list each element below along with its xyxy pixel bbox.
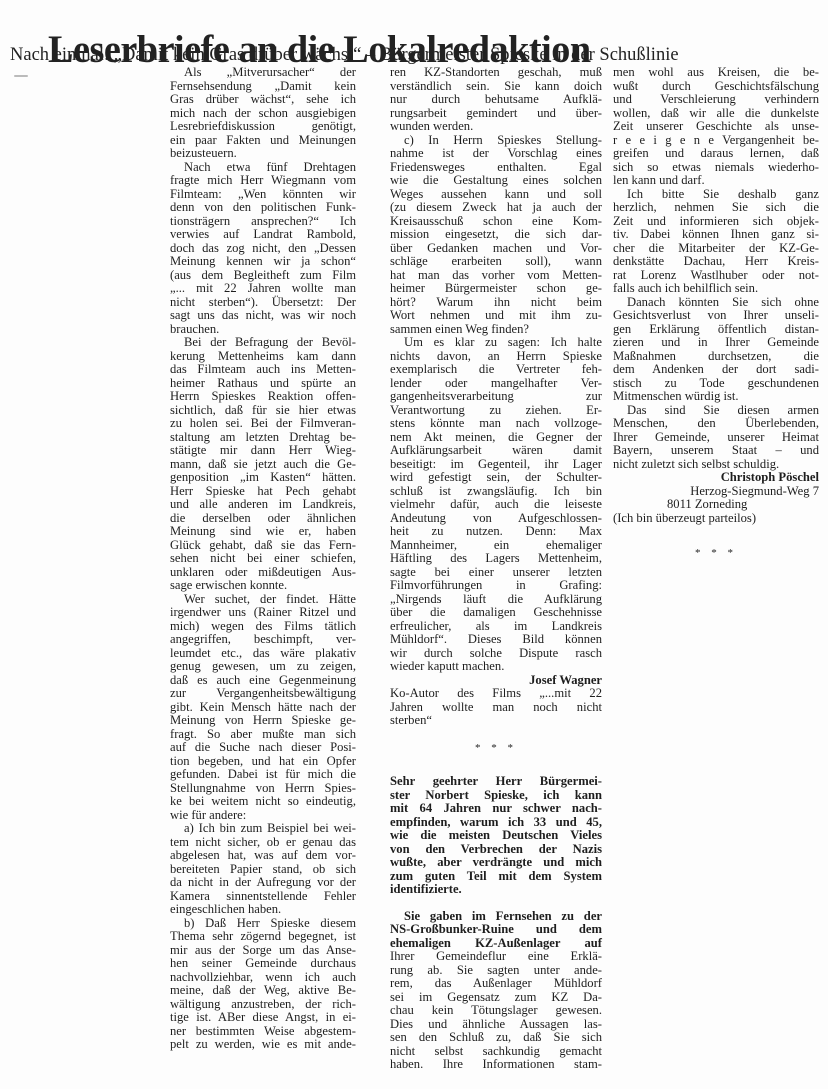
text-line: Nach etwa fünf Drehtagen	[170, 161, 356, 175]
text-line: wie die meisten Deutschen Vieles	[390, 829, 602, 843]
text-line: Mitmenschen würdig ist.	[613, 390, 819, 404]
text-line: sichtlich, daß für sie hier etwas	[170, 404, 356, 418]
text-line: staltung am letzten Drehtag be-	[170, 431, 356, 445]
text-line: von den Verbrechen der Nazis	[390, 843, 602, 857]
text-line: rat Lorenz Wastlhuber oder not-	[613, 269, 819, 283]
text-line: sei im Gegensatz zum KZ Da-	[390, 991, 602, 1005]
text-line: gen Erklärung öffentlich distan-	[613, 323, 819, 337]
text-line: rung ab. Sie sagten unter ande-	[390, 964, 602, 978]
text-line: (zu diesem Zweck hat ja auch der	[390, 201, 602, 215]
text-line: nicht selbst sachkundig gemacht	[390, 1045, 602, 1059]
text-line: Lesrebriefdiskussion genötigt,	[170, 120, 356, 134]
text-line: Zeit und informieren sich objek-	[613, 215, 819, 229]
address-street: Herzog-Siegmund-Weg 7	[613, 485, 819, 499]
text-line: stätigte mir dann Herr Wieg-	[170, 444, 356, 458]
text-line: Herr Spieske hat Pech gehabt	[170, 485, 356, 499]
text-line: beizusteuern.	[170, 147, 356, 161]
text-line: herzlich, nehmen Sie sich die	[613, 201, 819, 215]
column-2: ren KZ-Standorten geschah, mußverständli…	[390, 66, 602, 1072]
text-line: a) Ich bin zum Beispiel bei wei-	[170, 822, 356, 836]
text-line: ster Norbert Spieske, ich kann	[390, 789, 602, 803]
text-line: lender oder mangelhafter Ver-	[390, 377, 602, 391]
text-line: pelt zu werden, wie es mit ande-	[170, 1038, 356, 1052]
text-line: die derselben oder ähnlichen	[170, 512, 356, 526]
text-line: wunden werden.	[390, 120, 602, 134]
text-line: Thema sehr zögernd begegnet, ist	[170, 930, 356, 944]
text-line: Um es klar zu sagen: Ich halte	[390, 336, 602, 350]
text-line: falls auch ich behilflich sein.	[613, 282, 819, 296]
text-line: wältigung anzustreben, der rich-	[170, 998, 356, 1012]
text-line: genug gewesen, um zu zeigen,	[170, 660, 356, 674]
text-line: eingeschlichen haben.	[170, 903, 356, 917]
text-line: Sie gaben im Fernsehen zu der	[390, 910, 602, 924]
text-line: NS-Großbunker-Ruine und dem	[390, 923, 602, 937]
text-line: wußt durch Geschichtsfälschung	[613, 80, 819, 94]
text-line: beseitigt: im Gegenteil, ihr Lager	[390, 458, 602, 472]
text-line: denkstätte Dachau, Herr Kreis-	[613, 255, 819, 269]
text-line: wieder kaputt machen.	[390, 660, 602, 674]
text-line: das Filmteam auch ins Metten-	[170, 363, 356, 377]
text-line: r e e i g e n e Vergangenheit be-	[613, 134, 819, 148]
signature-josef-wagner: Josef Wagner	[390, 674, 602, 688]
text-line: wußte, aber verdrängte und mich	[390, 856, 602, 870]
column-1: Als „Mitverursacher“ derFernsehsendung „…	[170, 66, 356, 1052]
text-line: identifizierte.	[390, 883, 602, 897]
text-line: gangenheitsverarbeitung zur	[390, 390, 602, 404]
text-line: rungsarbeit gemindert und über-	[390, 107, 602, 121]
text-line: Glück gehabt, daß sie das Fern-	[170, 539, 356, 553]
text-line: Ihrer Gemeinde, unserer Heimat	[613, 431, 819, 445]
text-line: Weges aussehen kann und soll	[390, 188, 602, 202]
text-line: nicht zuletzt sich selbst schuldig.	[613, 458, 819, 472]
text-line: heit zu nutzen. Denn: Max	[390, 525, 602, 539]
text-line: ner bestimmten Weise abgestem-	[170, 1025, 356, 1039]
text-line: nichts davon, an Herrn Spieske	[390, 350, 602, 364]
text-line: vielmehr dafür, auch die leiseste	[390, 498, 602, 512]
text-line: Menschen, den Überlebenden,	[613, 417, 819, 431]
text-line: haben. Ihre Informationen stam-	[390, 1058, 602, 1072]
text-line: Mühldorf“. Dieses Bild können	[390, 633, 602, 647]
text-line: fragte mich Herr Wiegmann vom	[170, 174, 356, 188]
text-line: c) In Herrn Spieskes Stellung-	[390, 134, 602, 148]
text-line: Kreisausschuß schon eine Kom-	[390, 215, 602, 229]
text-line: sich so etwas niemals wiederho-	[613, 161, 819, 175]
text-line: zu holen sei. Bei der Filmveran-	[170, 417, 356, 431]
text-line: Filmvorführungen in Grafing:	[390, 579, 602, 593]
text-line: tige ist. ABer diese Angst, in ei-	[170, 1011, 356, 1025]
text-line: wird gefestigt sein, der Schulter-	[390, 471, 602, 485]
text-line: mission eingesetzt, die sich dar-	[390, 228, 602, 242]
text-line: angegriffen, beschimpft, ver-	[170, 633, 356, 647]
text-line: Wer suchet, der findet. Hätte	[170, 593, 356, 607]
text-line: Bei der Befragung der Bevöl-	[170, 336, 356, 350]
text-line: ren KZ-Standorten geschah, muß	[390, 66, 602, 80]
text-line: wie die Gestaltung eines solchen	[390, 174, 602, 188]
text-line: Sehr geehrter Herr Bürgermei-	[390, 775, 602, 789]
text-line: verständlich sein. Sie kann doich	[390, 80, 602, 94]
text-line: tionsträgern ansprechen?“ Ich	[170, 215, 356, 229]
text-line: Filmteam: „Wen könnten wir	[170, 188, 356, 202]
text-line: Gras drüber wächst“, sehe ich	[170, 93, 356, 107]
text-line: mich nach der schon ausgiebigen	[170, 107, 356, 121]
text-line: heimer Bürgermeister schon ge-	[390, 282, 602, 296]
text-line: zur Vergangenheitsbewältigung	[170, 687, 356, 701]
text-line: nicht sterben“). Übersetzt: Der	[170, 296, 356, 310]
text-line: sen den Schluß zu, daß Sie sich	[390, 1031, 602, 1045]
text-line: Verantwortung zu ziehen. Er-	[390, 404, 602, 418]
text-line: sehen nicht bei einer schiefen,	[170, 552, 356, 566]
text-line: kerung Mettenheims kam dann	[170, 350, 356, 364]
text-line: cher die Mitarbeiter der KZ-Ge-	[613, 242, 819, 256]
text-line: hat man das vorher vom Metten-	[390, 269, 602, 283]
text-line: ehemaligen KZ-Außenlager auf	[390, 937, 602, 951]
text-line: denn von den politischen Funk-	[170, 201, 356, 215]
text-line: über Gedanken machen und Vor-	[390, 242, 602, 256]
text-line: mich) wegen des Films tätlich	[170, 620, 356, 634]
text-line: hen seiner Gemeinde durchaus	[170, 957, 356, 971]
text-line: mit 64 Jahren nur schwer nach-	[390, 802, 602, 816]
text-line: mann, daß sie jetzt auch die Ge-	[170, 458, 356, 472]
text-line: men wohl aus Kreisen, die be-	[613, 66, 819, 80]
signature-note-line: Jahren wollte man noch nicht	[390, 701, 602, 715]
text-line: Gesichtsverlust von Ihrer unseli-	[613, 309, 819, 323]
text-line: greifen und daraus lernen, daß	[613, 147, 819, 161]
text-line: Fernsehsendung „Damit kein	[170, 80, 356, 94]
text-line: dem Andenken der dort sadi-	[613, 363, 819, 377]
text-line: wie für andere:	[170, 809, 356, 823]
text-line: sagt uns das nicht, was wir noch	[170, 309, 356, 323]
text-line: Meinung kennen wir ja schon“	[170, 255, 356, 269]
text-line: abgelesen hat, was auf dem vor-	[170, 849, 356, 863]
text-line: schluß ist zwangsläufig. Ich bin	[390, 485, 602, 499]
text-line: len kann und darf.	[613, 174, 819, 188]
text-line: Friedensweges enthalten. Egal	[390, 161, 602, 175]
text-line: sage erwischen konnte.	[170, 579, 356, 593]
text-line: Andeutung von Aufgeschlossen-	[390, 512, 602, 526]
text-line: verwies auf Landrat Rambold,	[170, 228, 356, 242]
text-line: brauchen.	[170, 323, 356, 337]
text-line: gibt. Kein Mensch hätte nach der	[170, 701, 356, 715]
text-line: doch das zog nicht, den „Dessen	[170, 242, 356, 256]
text-line: tion begeben, und hat ein Opfer	[170, 755, 356, 769]
text-line: irgendwer uns (Rainer Ritzel und	[170, 606, 356, 620]
text-line: daß es auch eine Gegenmeinung	[170, 674, 356, 688]
text-line: Wort nehmen und mit ihm zu-	[390, 309, 602, 323]
text-line: exemplarisch die Vertreter feh-	[390, 363, 602, 377]
text-line: bereiteten Papier stand, ob sich	[170, 863, 356, 877]
text-line: empfinden, warum ich 33 und 45,	[390, 816, 602, 830]
text-line: b) Daß Herr Spieske diesem	[170, 917, 356, 931]
text-line: tiv. Dabei können Ihnen ganz si-	[613, 228, 819, 242]
text-line: Aufklärungsarbeit wären damit	[390, 444, 602, 458]
text-line: da nicht in der Aufregung vor der	[170, 876, 356, 890]
text-line: fragt. So aber mußte man sich	[170, 728, 356, 742]
signature-note-line: sterben“	[390, 714, 602, 728]
text-line: Ich bitte Sie deshalb ganz	[613, 188, 819, 202]
text-line: Bayern, unserem Staat – und	[613, 444, 819, 458]
subheadline: Nach einmal: „Damit kein Gras drüber wäc…	[10, 44, 679, 66]
text-line: nur durch behutsame Aufklä-	[390, 93, 602, 107]
text-line: ke bei weitem nicht so eindeutig,	[170, 795, 356, 809]
text-line: stens könnte man nach vollzoge-	[390, 417, 602, 431]
text-line: Das sind Sie diesen armen	[613, 404, 819, 418]
text-line: heimer Rathaus und spürte an	[170, 377, 356, 391]
text-line: schläge erarbeiten soll), wann	[390, 255, 602, 269]
text-line: chau kein Tötungslager gewesen.	[390, 1004, 602, 1018]
text-line: Als „Mitverursacher“ der	[170, 66, 356, 80]
text-line: über die damaligen Geschehnisse	[390, 606, 602, 620]
text-line: Meinung sind wie er, haben	[170, 525, 356, 539]
text-line: mir aus der Sorge um das Anse-	[170, 944, 356, 958]
text-line: „... mit 22 Jahren wollte man	[170, 282, 356, 296]
text-line: (aus dem Begleitheft zum Film	[170, 269, 356, 283]
party-note: (Ich bin überzeugt parteilos)	[613, 512, 819, 526]
text-line: nahme ist der Vorschlag eines	[390, 147, 602, 161]
column-3: men wohl aus Kreisen, die be-wußt durch …	[613, 66, 819, 575]
text-line: sagte bei einer unserer letzten	[390, 566, 602, 580]
text-line: nachvollziehbar, wenn ich auch	[170, 971, 356, 985]
text-line: Danach könnten Sie sich ohne	[613, 296, 819, 310]
text-line: Zeit unserer Geschichte als unse-	[613, 120, 819, 134]
text-line: sammen einen Weg finden?	[390, 323, 602, 337]
text-line: leumdet etc., das wäre plakativ	[170, 647, 356, 661]
text-line: und Verschleierung verhindern	[613, 93, 819, 107]
text-line: Mannheimer, ein ehemaliger	[390, 539, 602, 553]
text-line: Ihrer Gemeindeflur eine Erklä-	[390, 950, 602, 964]
text-line: nem Akt meinen, die Gegner der	[390, 431, 602, 445]
text-line: Maßnahmen durchsetzen, die	[613, 350, 819, 364]
text-line: ein paar Fakten und Meinungen	[170, 134, 356, 148]
text-line: Kamera sinnentstellende Fehler	[170, 890, 356, 904]
text-line: stisch zu Tode geschundenen	[613, 377, 819, 391]
signature-christoph-poeschel: Christoph Pöschel	[613, 471, 819, 485]
text-line: unklaren oder mißdeutigen Aus-	[170, 566, 356, 580]
text-line: genposition „im Kasten“ hätten.	[170, 471, 356, 485]
text-line: gefunden. Dabei ist für mich die	[170, 768, 356, 782]
text-line: zieren und in Ihrer Gemeinde	[613, 336, 819, 350]
address-city: 8011 Zorneding	[613, 498, 819, 512]
text-line: Häftling des Lagers Mettenheim,	[390, 552, 602, 566]
signature-note-line: Ko-Autor des Films „...mit 22	[390, 687, 602, 701]
text-line: rem, das Außenlager Mühldorf	[390, 977, 602, 991]
text-line: wir durch solche Dispute rasch	[390, 647, 602, 661]
text-line: auf die Suche nach dieser Posi-	[170, 741, 356, 755]
text-line: Stellungnahme von Herrn Spies-	[170, 782, 356, 796]
text-line: erfreulicher, als im Landkreis	[390, 620, 602, 634]
text-line: zum guten Teil mit dem System	[390, 870, 602, 884]
text-line: Dies und ähnliche Aussagen las-	[390, 1018, 602, 1032]
text-line: hört? Warum ihn nicht beim	[390, 296, 602, 310]
separator-stars: * * *	[390, 742, 602, 756]
text-line: meine, daß der Weg, aktive Be-	[170, 984, 356, 998]
text-line: Herrn Spieskes Reaktion offen-	[170, 390, 356, 404]
separator-stars: * * *	[613, 547, 819, 561]
scan-artifact	[14, 75, 28, 77]
text-line: tem nicht sicher, ob er genau das	[170, 836, 356, 850]
text-line: „Nirgends läuft die Aufklärung	[390, 593, 602, 607]
text-line: Meinung von Herrn Spieske ge-	[170, 714, 356, 728]
text-line: und alle anderen im Landkreis,	[170, 498, 356, 512]
text-line: wollen, daß wir alle die dunkelste	[613, 107, 819, 121]
